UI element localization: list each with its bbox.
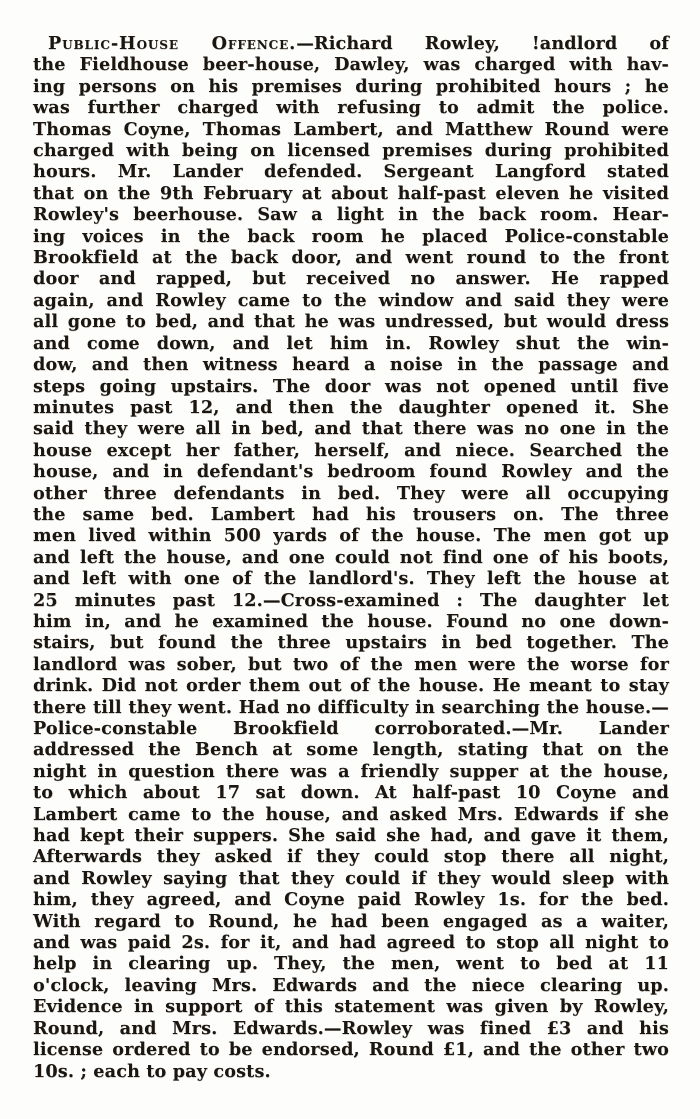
article-line: again, and Rowley came to the window and…	[33, 290, 669, 311]
article-line: Police-constable Brookfield corroborated…	[33, 718, 669, 739]
article-line: him in, and he examined the house. Found…	[33, 611, 669, 632]
article-line: was further charged with refusing to adm…	[33, 97, 669, 118]
article-line: Rowley's beerhouse. Saw a light in the b…	[33, 204, 669, 225]
article-line: With regard to Round, he had been engage…	[33, 911, 669, 932]
article-line: o'clock, leaving Mrs. Edwards and the ni…	[33, 975, 669, 996]
article-line: men lived within 500 yards of the house.…	[33, 525, 669, 546]
article-line: landlord was sober, but two of the men w…	[33, 654, 669, 675]
article-line: Thomas Coyne, Thomas Lambert, and Matthe…	[33, 119, 669, 140]
article-line: minutes past 12, and then the daughter o…	[33, 397, 669, 418]
article-line: stairs, but found the three upstairs in …	[33, 632, 669, 653]
newspaper-page: Public-House Offence.—Richard Rowley, !a…	[0, 0, 700, 1119]
article-line: door and rapped, but received no answer.…	[33, 268, 669, 289]
article-line: had kept their suppers. She said she had…	[33, 825, 669, 846]
article-line: all gone to bed, and that he was undress…	[33, 311, 669, 332]
article-line: said they were all in bed, and that ther…	[33, 418, 669, 439]
article-line: to which about 17 sat down. At half-past…	[33, 782, 669, 803]
article-line: hours. Mr. Lander defended. Sergeant Lan…	[33, 161, 669, 182]
article-line: Lambert came to the house, and asked Mrs…	[33, 804, 669, 825]
article-line: him, they agreed, and Coyne paid Rowley …	[33, 889, 669, 910]
article-line: and left with one of the landlord's. The…	[33, 568, 669, 589]
article-line: the Fieldhouse beer-house, Dawley, was c…	[33, 54, 669, 75]
article-line: addressed the Bench at some length, stat…	[33, 739, 669, 760]
article-line: charged with being on licensed premises …	[33, 140, 669, 161]
article-line: house except her father, herself, and ni…	[33, 440, 669, 461]
article-line: other three defendants in bed. They were…	[33, 483, 669, 504]
article-line: steps going upstairs. The door was not o…	[33, 376, 669, 397]
article-line: Afterwards they asked if they could stop…	[33, 846, 669, 867]
article-line: that on the 9th February at about half-p…	[33, 183, 669, 204]
article-title: Public-House Offence.	[48, 33, 296, 54]
article-line: and left the house, and one could not fi…	[33, 547, 669, 568]
article-line: Round, and Mrs. Edwards.—Rowley was fine…	[33, 1018, 669, 1039]
article-lead-text: —Richard Rowley, !andlord of	[296, 33, 669, 54]
article-opening-line: Public-House Offence.—Richard Rowley, !a…	[33, 33, 669, 54]
article-line: Evidence in support of this statement wa…	[33, 996, 669, 1017]
article-body: the Fieldhouse beer-house, Dawley, was c…	[33, 54, 669, 1082]
article-line: and was paid 2s. for it, and had agreed …	[33, 932, 669, 953]
article-line: house, and in defendant's bedroom found …	[33, 461, 669, 482]
article-line: Brookfield at the back door, and went ro…	[33, 247, 669, 268]
article-line: 10s. ; each to pay costs.	[33, 1061, 669, 1082]
article-line: license ordered to be endorsed, Round £1…	[33, 1039, 669, 1060]
article-public-house-offence: Public-House Offence.—Richard Rowley, !a…	[33, 33, 669, 1082]
article-line: drink. Did not order them out of the hou…	[33, 675, 669, 696]
article-line: help in clearing up. They, the men, went…	[33, 953, 669, 974]
article-line: there till they went. Had no difficulty …	[33, 697, 669, 718]
article-line: dow, and then witness heard a noise in t…	[33, 354, 669, 375]
article-line: and come down, and let him in. Rowley sh…	[33, 333, 669, 354]
article-line: night in question there was a friendly s…	[33, 761, 669, 782]
article-line: the same bed. Lambert had his trousers o…	[33, 504, 669, 525]
article-line: and Rowley saying that they could if the…	[33, 868, 669, 889]
article-line: ing voices in the back room he placed Po…	[33, 226, 669, 247]
article-line: 25 minutes past 12.—Cross-examined : The…	[33, 590, 669, 611]
article-line: ing persons on his premises during prohi…	[33, 76, 669, 97]
